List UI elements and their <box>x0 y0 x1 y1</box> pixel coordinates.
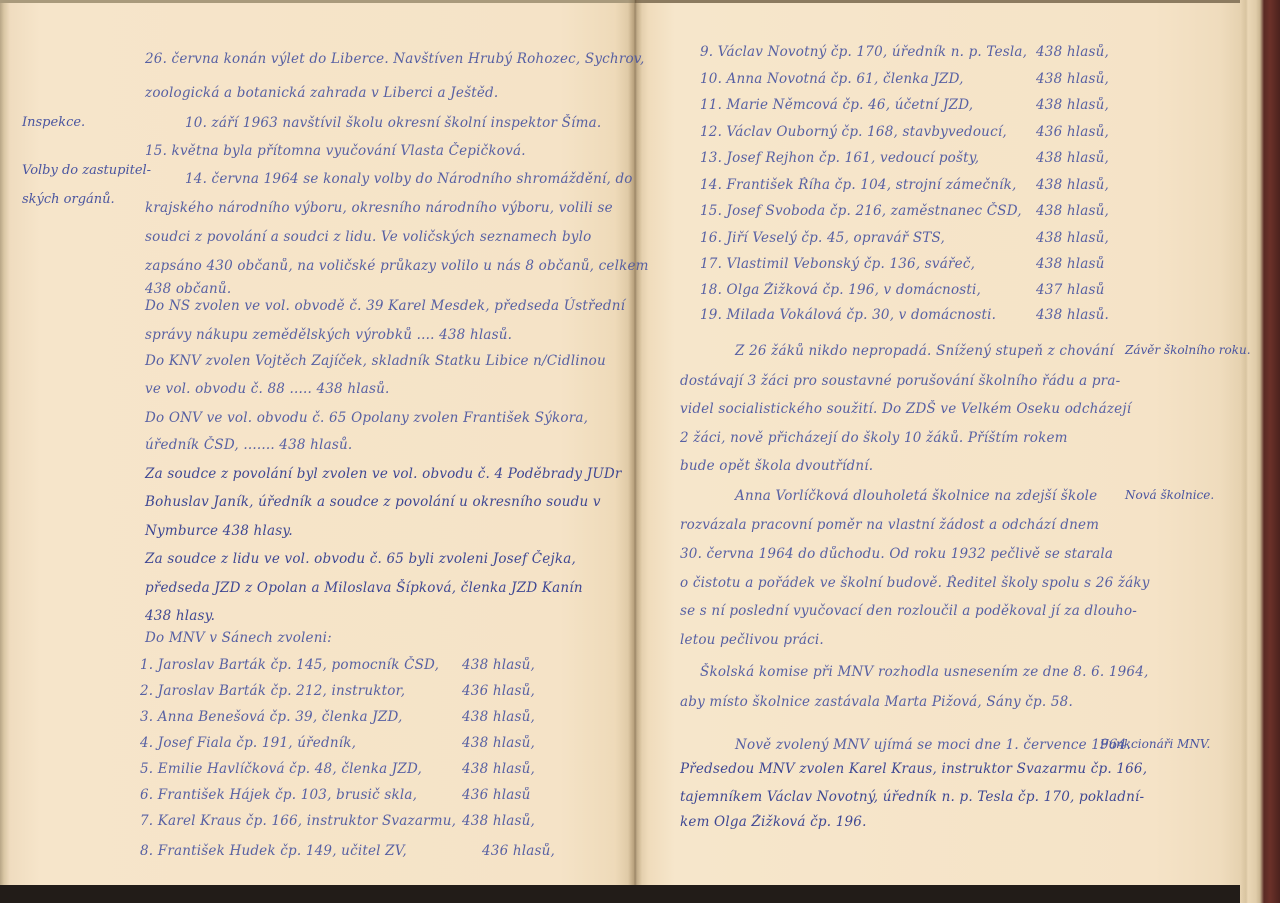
vote-count: 438 hlasů, <box>462 709 535 725</box>
mnv-member-entry: 11. Marie Němcová čp. 46, účetní JZD, <box>700 97 973 113</box>
handwritten-line: ve vol. obvodu č. 88 ..... 438 hlasů. <box>145 381 390 397</box>
mnv-member-entry: 9. Václav Novotný čp. 170, úředník n. p.… <box>700 44 1027 60</box>
mnv-member-entry: 6. František Hájek čp. 103, brusič skla, <box>140 787 417 803</box>
vote-count: 438 hlasů, <box>1036 44 1109 60</box>
handwritten-line: správy nákupu zemědělských výrobků .... … <box>145 327 512 343</box>
vote-count: 436 hlasů, <box>482 843 555 859</box>
vote-count: 436 hlasů <box>462 787 531 803</box>
mnv-member-entry: 8. František Hudek čp. 149, učitel ZV, <box>140 843 407 859</box>
handwritten-line: 438 hlasy. <box>145 608 215 624</box>
vote-count: 436 hlasů, <box>1036 124 1109 140</box>
mnv-member-entry: 1. Jaroslav Barták čp. 145, pomocník ČSD… <box>140 657 439 673</box>
handwritten-line: 438 občanů. <box>145 281 231 297</box>
margin-note: Funkcionáři MNV. <box>1100 737 1210 751</box>
mnv-member-entry: 16. Jiří Veselý čp. 45, opravář STS, <box>700 230 945 246</box>
notebook-spread: Inspekce.Volby do zastupitel-ských orgán… <box>0 0 1280 903</box>
vote-count: 438 hlasů. <box>1036 307 1109 323</box>
handwritten-line: Anna Vorlíčková dlouholetá školnice na z… <box>735 488 1097 504</box>
mnv-member-entry: 2. Jaroslav Barták čp. 212, instruktor, <box>140 683 405 699</box>
mnv-member-entry: 5. Emilie Havlíčková čp. 48, členka JZD, <box>140 761 422 777</box>
handwritten-line: Do NS zvolen ve vol. obvodě č. 39 Karel … <box>145 298 625 314</box>
vote-count: 438 hlasů <box>1036 256 1105 272</box>
mnv-member-entry: 3. Anna Benešová čp. 39, členka JZD, <box>140 709 403 725</box>
mnv-member-entry: 17. Vlastimil Vebonský čp. 136, svářeč, <box>700 256 975 272</box>
vote-count: 438 hlasů, <box>1036 230 1109 246</box>
vote-count: 438 hlasů, <box>462 657 535 673</box>
margin-note: ských orgánů. <box>22 192 115 207</box>
mnv-member-entry: 15. Josef Svoboda čp. 216, zaměstnanec Č… <box>700 203 1022 219</box>
handwritten-line: letou pečlivou práci. <box>680 632 824 648</box>
handwritten-line: Nově zvolený MNV ujímá se moci dne 1. če… <box>735 737 1131 753</box>
handwritten-line: kem Olga Žižková čp. 196. <box>680 814 867 830</box>
handwritten-line: aby místo školnice zastávala Marta Pižov… <box>680 694 1073 710</box>
handwritten-line: dostávají 3 žáci pro soustavné porušován… <box>680 373 1120 389</box>
mnv-member-entry: 10. Anna Novotná čp. 61, členka JZD, <box>700 71 964 87</box>
mnv-member-entry: 19. Milada Vokálová čp. 30, v domácnosti… <box>700 307 996 323</box>
handwritten-line: předseda JZD z Opolan a Miloslava Šípkov… <box>145 580 583 596</box>
handwritten-line: Do MNV v Sánech zvoleni: <box>145 630 332 646</box>
handwritten-line: 10. září 1963 navštívil školu okresní šk… <box>185 115 601 131</box>
bottom-shadow <box>0 885 1240 903</box>
vote-count: 438 hlasů, <box>1036 150 1109 166</box>
handwritten-line: 15. května byla přítomna vyučování Vlast… <box>145 143 526 159</box>
handwritten-line: Do ONV ve vol. obvodu č. 65 Opolany zvol… <box>145 410 588 426</box>
handwritten-line: zapsáno 430 občanů, na voličské průkazy … <box>145 258 649 274</box>
handwritten-line: soudci z povolání a soudci z lidu. Ve vo… <box>145 229 591 245</box>
handwritten-line: 30. června 1964 do důchodu. Od roku 1932… <box>680 546 1113 562</box>
vote-count: 438 hlasů, <box>1036 71 1109 87</box>
handwritten-line: Za soudce z povolání byl zvolen ve vol. … <box>145 466 622 482</box>
margin-note: Inspekce. <box>22 115 85 130</box>
handwritten-line: 26. června konán výlet do Liberce. Navšt… <box>145 51 645 67</box>
handwritten-line: zoologická a botanická zahrada v Liberci… <box>145 85 498 101</box>
handwritten-line: Do KNV zvolen Vojtěch Zajíček, skladník … <box>145 353 606 369</box>
vote-count: 438 hlasů, <box>1036 97 1109 113</box>
handwritten-line: se s ní poslední vyučovací den rozloučil… <box>680 603 1137 619</box>
book-gutter <box>628 0 642 903</box>
handwritten-line: Bohuslav Janík, úředník a soudce z povol… <box>145 494 601 510</box>
handwritten-line: 14. června 1964 se konaly volby do Národ… <box>185 171 633 187</box>
vote-count: 438 hlasů, <box>1036 177 1109 193</box>
handwritten-line: 2 žáci, nově přicházejí do školy 10 žáků… <box>680 430 1068 446</box>
handwritten-line: tajemníkem Václav Novotný, úředník n. p.… <box>680 789 1144 805</box>
vote-count: 438 hlasů, <box>462 761 535 777</box>
vote-count: 437 hlasů <box>1036 282 1105 298</box>
vote-count: 438 hlasů, <box>462 735 535 751</box>
handwritten-line: rozvázala pracovní poměr na vlastní žádo… <box>680 517 1099 533</box>
vote-count: 436 hlasů, <box>462 683 535 699</box>
margin-note: Závěr školního roku. <box>1125 343 1251 357</box>
vote-count: 438 hlasů, <box>462 813 535 829</box>
handwritten-line: úředník ČSD, ....... 438 hlasů. <box>145 437 352 453</box>
handwritten-line: o čistotu a pořádek ve školní budově. Ře… <box>680 575 1150 591</box>
margin-note: Nová školnice. <box>1125 488 1214 502</box>
mnv-member-entry: 4. Josef Fiala čp. 191, úředník, <box>140 735 356 751</box>
handwritten-line: Předsedou MNV zvolen Karel Kraus, instru… <box>680 761 1147 777</box>
mnv-member-entry: 12. Václav Ouborný čp. 168, stavbyvedouc… <box>700 124 1007 140</box>
handwritten-line: Školská komise při MNV rozhodla usnesení… <box>700 664 1148 680</box>
handwritten-line: Z 26 žáků nikdo nepropadá. Snížený stupe… <box>735 343 1114 359</box>
vote-count: 438 hlasů, <box>1036 203 1109 219</box>
handwritten-line: krajského národního výboru, okresního ná… <box>145 200 613 216</box>
mnv-member-entry: 7. Karel Kraus čp. 166, instruktor Svaza… <box>140 813 456 829</box>
margin-note: Volby do zastupitel- <box>22 163 151 178</box>
mnv-member-entry: 18. Olga Žižková čp. 196, v domácnosti, <box>700 282 981 298</box>
handwritten-line: Za soudce z lidu ve vol. obvodu č. 65 by… <box>145 551 576 567</box>
mnv-member-entry: 14. František Říha čp. 104, strojní záme… <box>700 177 1017 193</box>
mnv-member-entry: 13. Josef Rejhon čp. 161, vedoucí pošty, <box>700 150 979 166</box>
handwritten-line: bude opět škola dvoutřídní. <box>680 458 873 474</box>
handwritten-line: videl socialistického soužití. Do ZDŠ ve… <box>680 401 1131 417</box>
handwritten-line: Nymburce 438 hlasy. <box>145 523 293 539</box>
page-edges-and-cover <box>1240 0 1280 903</box>
